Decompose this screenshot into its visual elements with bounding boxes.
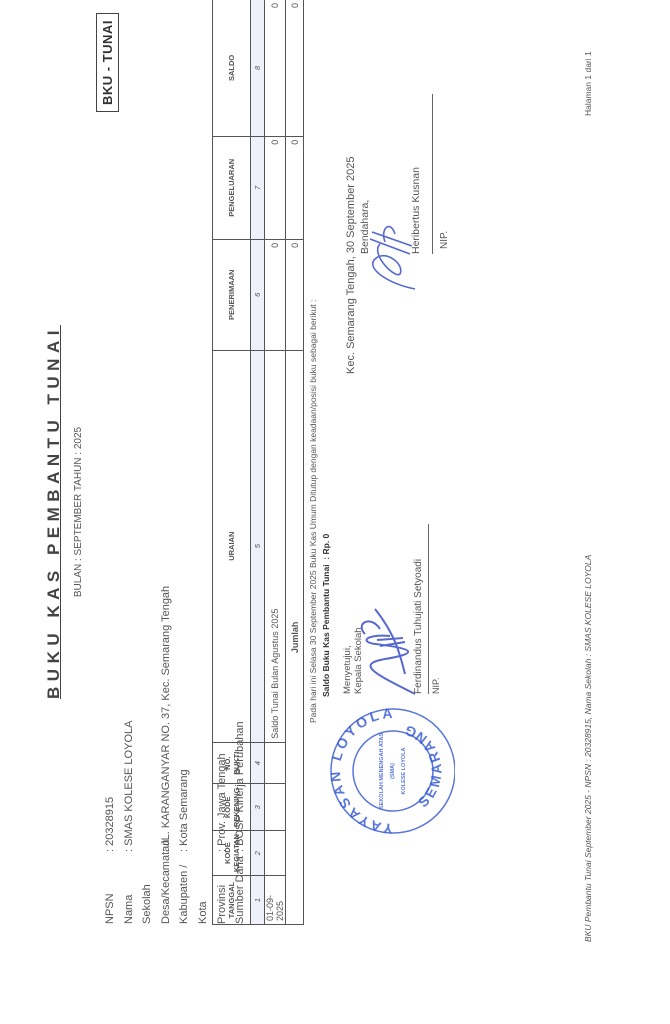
page-number: Halaman 1 dari 1 <box>583 51 593 116</box>
cell-uraian: Saldo Tunai Bulan Agustus 2025 <box>265 350 286 742</box>
info-label: Desa/Kecamatan <box>157 852 176 924</box>
document-page: BUKU KAS PEMBANTU TUNAI BULAN : SEPTEMBE… <box>0 0 670 1024</box>
info-row-address: Desa/Kecamatan JL. KARANGANYAR NO. 37, K… <box>157 586 176 924</box>
closing-statement: Pada hari ini Selasa 30 September 2025 B… <box>308 300 318 723</box>
header-pengeluaran: PENGELUARAN <box>213 136 251 239</box>
header-uraian: URAIAN <box>213 350 251 742</box>
column-number: 1 <box>251 876 265 925</box>
balance-label: Saldo Buku Kas Pembantu Tunai <box>321 564 331 697</box>
total-label: Jumlah <box>286 350 304 924</box>
header-penerimaan: PENERIMAAN <box>213 239 251 350</box>
cell-kode-rekening <box>265 784 286 831</box>
column-number: 8 <box>251 0 265 136</box>
info-value: 20328915 <box>101 797 120 852</box>
principal-nip: NIP. <box>431 678 441 694</box>
document-subtitle: BULAN : SEPTEMBER TAHUN : 2025 <box>73 312 84 712</box>
column-number: 7 <box>251 136 265 239</box>
info-row-school-name: Nama Sekolah SMAS KOLESE LOYOLA <box>120 586 157 924</box>
table-row: 01-09-2025 Saldo Tunai Bulan Agustus 202… <box>265 0 286 925</box>
info-label: Kabupaten / Kota <box>175 852 212 924</box>
column-number: 3 <box>251 784 265 831</box>
treasurer-nip: NIP. <box>439 231 450 249</box>
svg-text:(SMA): (SMA) <box>390 763 396 779</box>
total-pengeluaran: 0 <box>286 136 304 239</box>
header-saldo: SALDO <box>213 0 251 136</box>
footer-document-info: BKU Pembantu Tunai September 2025 - NPSN… <box>583 555 593 942</box>
signature-line <box>432 94 433 254</box>
cell-kode-kegiatan <box>265 831 286 876</box>
info-row-city: Kabupaten / Kota Kota Semarang <box>175 586 212 924</box>
place-date: Kec. Semarang Tengah, 30 September 2025 <box>345 156 357 374</box>
info-value: SMAS KOLESE LOYOLA <box>120 721 157 852</box>
header-kode-kegiatan: KODE KEGIATAN <box>213 831 251 876</box>
info-value: JL. KARANGANYAR NO. 37, Kec. Semarang Te… <box>157 586 176 852</box>
svg-text:SEKOLAH MENENGAH ATAS: SEKOLAH MENENGAH ATAS <box>379 733 385 809</box>
info-value: Kota Semarang <box>175 769 212 852</box>
total-saldo: 0 <box>286 0 304 136</box>
column-number: 2 <box>251 831 265 876</box>
cell-no-bukti <box>265 742 286 784</box>
info-row-npsn: NPSN 20328915 <box>101 586 120 924</box>
closing-balance: Saldo Buku Kas Pembantu Tunai : Rp. 0 <box>321 534 331 697</box>
header-tanggal: TANGGAL <box>213 876 251 925</box>
balance-value: : Rp. 0 <box>321 534 331 560</box>
info-label: Nama Sekolah <box>120 852 157 924</box>
table-total-row: Jumlah 0 0 0 <box>286 0 304 925</box>
column-number: 6 <box>251 239 265 350</box>
cell-tanggal: 01-09-2025 <box>265 876 286 925</box>
cell-penerimaan: 0 <box>265 239 286 350</box>
signature-line <box>428 524 429 694</box>
document-title: BUKU KAS PEMBANTU TUNAI <box>44 252 64 772</box>
svg-text:YAYASAN LOYOLA: YAYASAN LOYOLA <box>327 705 396 838</box>
bku-type-badge: BKU - TUNAI <box>96 13 119 112</box>
table-header-row: TANGGAL KODE KEGIATAN KODE REKENING NO. … <box>213 0 251 925</box>
total-penerimaan: 0 <box>286 239 304 350</box>
header-kode-rekening: KODE REKENING <box>213 784 251 831</box>
column-number: 5 <box>251 350 265 742</box>
column-number: 4 <box>251 742 265 784</box>
svg-text:KOLESE LOYOLA: KOLESE LOYOLA <box>401 747 407 794</box>
header-no-bukti: NO. BUKTI <box>213 742 251 784</box>
info-label: NPSN <box>101 852 120 924</box>
principal-name: Ferdinandus Tuhujati Setyoadi <box>413 559 424 694</box>
cell-pengeluaran: 0 <box>265 136 286 239</box>
cash-book-table: TANGGAL KODE KEGIATAN KODE REKENING NO. … <box>212 0 304 925</box>
cell-saldo: 0 <box>265 0 286 136</box>
treasurer-name: Heribertus Kusnan <box>410 167 422 254</box>
school-stamp-icon: YAYASAN LOYOLA SEMARANG SEKOLAH MENENGAH… <box>325 696 455 846</box>
column-number-row: 1 2 3 4 5 6 7 8 <box>251 0 265 925</box>
